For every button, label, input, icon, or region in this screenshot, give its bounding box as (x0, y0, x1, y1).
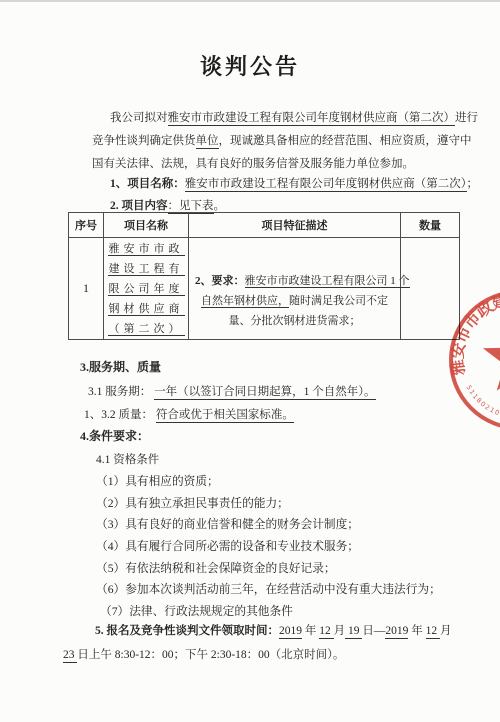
service-period-line: 3.1 服务期： 一年（以签订合同日期起算，1 个自然年）。 (88, 381, 376, 404)
desc-cell: 2、要求：雅安市市政建设工程有限公司 1 个 自然年钢材供应，随时满足我公司不定… (189, 238, 401, 340)
qualification-subtitle: 4.1 资格条件 (96, 449, 159, 472)
header-quantity: 数量 (401, 213, 460, 238)
quality-line: 1、3.2 质量： 符合或优于相关国家标准。 (84, 404, 294, 427)
header-feature-desc: 项目特征描述 (189, 213, 401, 238)
section-3-title: 3.服务期、质量 (80, 358, 161, 375)
intro-line-2: 竞争性谈判确定供货单位，现诚邀具备相应的经营范围、相应资质，遵守中 (92, 130, 472, 153)
registration-time-line-1: 5. 报名及竞争性谈判文件领取时间：2019 年 12 月 19 日—2019 … (95, 620, 452, 643)
header-project-name: 项目名称 (104, 213, 189, 238)
condition-item-4: （4）具有履行合同所必需的设备和专业技术服务； (96, 535, 359, 558)
condition-item-6: （6）参加本次谈判活动前三年，在经营活动中没有重大违法行为； (96, 578, 441, 601)
table-header-row: 序号 项目名称 项目特征描述 数量 (69, 213, 460, 238)
condition-item-1: （1）具有相应的资质； (96, 470, 219, 493)
official-red-seal: 雅安市市政建设工程有限公司 51180210 (439, 280, 500, 440)
condition-item-2: （2）具有独立承担民事责任的能力； (96, 492, 289, 515)
seal-serial-digits: 51180210 (465, 384, 500, 418)
scan-edge-artifact (0, 0, 500, 2)
seal-star-icon (483, 322, 500, 391)
table-row: 1 雅安市市政 建设工程有 限公司年度 钢材供应商 （第二次） 2、要求：雅安市… (69, 238, 460, 340)
name-cell: 雅安市市政 建设工程有 限公司年度 钢材供应商 （第二次） (104, 238, 189, 340)
registration-time-line-2: 23 日上午 8:30-12：00；下午 2:30-18：00（北京时间）。 (63, 644, 344, 667)
condition-item-3: （3）具有良好的商业信誉和健全的财务会计制度； (96, 513, 359, 536)
project-name-item: 1、项目名称：雅安市市政建设工程有限公司年度钢材供应商（第二次）； (110, 173, 478, 196)
header-serial: 序号 (69, 213, 104, 238)
section-4-title: 4.条件要求： (80, 427, 149, 444)
serial-cell: 1 (69, 238, 104, 340)
intro-line-1: 我公司拟对雅安市市政建设工程有限公司年度钢材供应商（第二次）进行 (110, 107, 478, 130)
projects-table: 序号 项目名称 项目特征描述 数量 1 雅安市市政 建设工程有 限公司年度 钢材… (68, 212, 460, 340)
scanned-document-page: 谈判公告 我公司拟对雅安市市政建设工程有限公司年度钢材供应商（第二次）进行 竞争… (0, 0, 500, 722)
condition-item-5: （5）有依法纳税和社会保障资金的良好记录； (96, 557, 336, 580)
page-title: 谈判公告 (0, 50, 500, 81)
seal-ring-text: 雅安市市政建设工程有限公司 (448, 290, 500, 378)
